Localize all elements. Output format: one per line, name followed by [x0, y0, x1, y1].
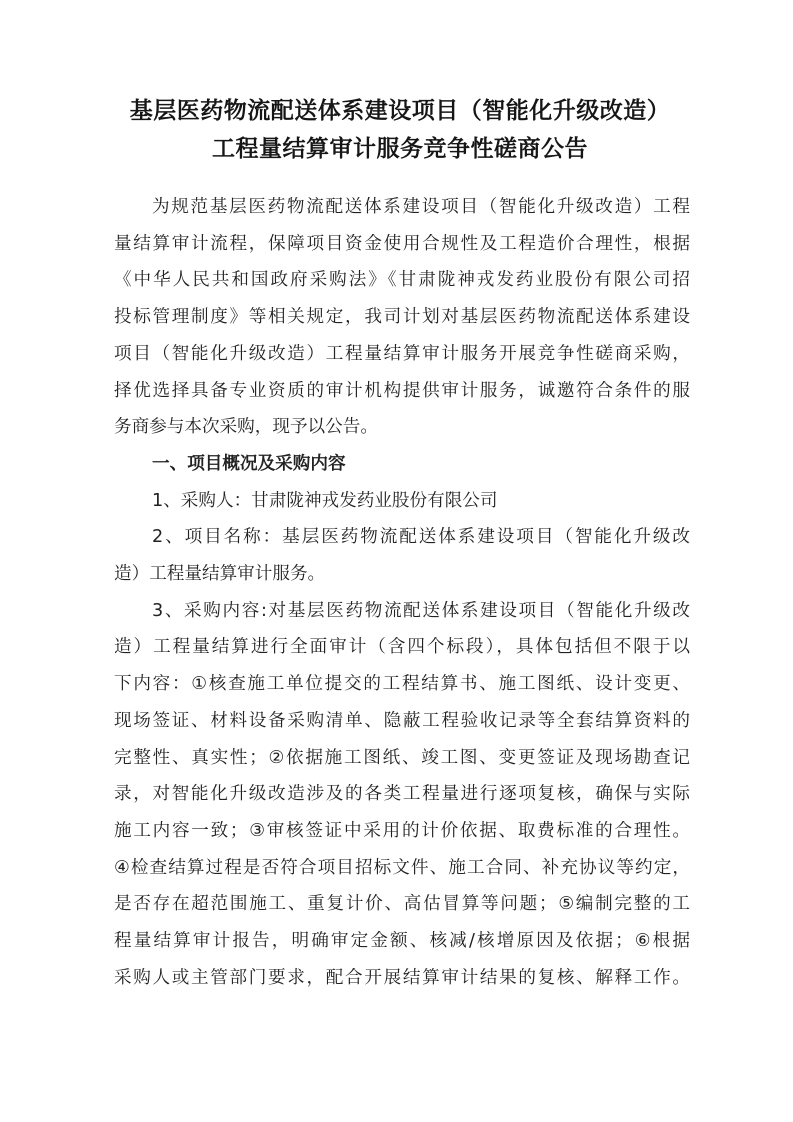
item-line: 录，对智能化升级改造涉及的各类工程量进行逐项复核，确保与实际 [114, 776, 690, 813]
item-line: ④检查结算过程是否符合项目招标文件、施工合同、补充协议等约定， [114, 850, 690, 887]
item-line: 下内容：①核查施工单位提交的工程结算书、施工图纸、设计变更、 [114, 666, 690, 703]
intro-line: 务商参与本次采购，现予以公告。 [114, 409, 690, 446]
intro-line: 《中华人民共和国政府采购法》《甘肃陇神戎发药业股份有限公司招 [114, 262, 690, 299]
intro-paragraph: 为规范基层医药物流配送体系建设项目（智能化升级改造）工程 量结算审计流程，保障项… [114, 189, 690, 446]
document-page: 基层医药物流配送体系建设项目（智能化升级改造） 工程量结算审计服务竞争性磋商公告… [0, 0, 793, 1122]
intro-line: 择优选择具备专业资质的审计机构提供审计服务，诚邀符合条件的服 [114, 373, 690, 410]
item-line: 造）工程量结算审计服务。 [114, 556, 690, 593]
section-1: 一、项目概况及采购内容 1、采购人：甘肃陇神戎发药业股份有限公司 2、项目名称：… [114, 446, 690, 997]
section-heading: 一、项目概况及采购内容 [114, 446, 690, 483]
intro-line: 量结算审计流程，保障项目资金使用合规性及工程造价合理性，根据 [114, 226, 690, 263]
item-project-name: 2、项目名称：基层医药物流配送体系建设项目（智能化升级改 造）工程量结算审计服务… [114, 519, 690, 592]
intro-line: 为规范基层医药物流配送体系建设项目（智能化升级改造）工程 [114, 189, 690, 226]
item-procurement-content: 3、采购内容:对基层医药物流配送体系建设项目（智能化升级改 造）工程量结算进行全… [114, 593, 690, 997]
item-purchaser: 1、采购人：甘肃陇神戎发药业股份有限公司 [114, 483, 690, 520]
intro-line: 投标管理制度》等相关规定，我司计划对基层医药物流配送体系建设 [114, 299, 690, 336]
item-line: 1、采购人：甘肃陇神戎发药业股份有限公司 [114, 483, 690, 520]
document-body: 为规范基层医药物流配送体系建设项目（智能化升级改造）工程 量结算审计流程，保障项… [114, 189, 690, 996]
item-line: 2、项目名称：基层医药物流配送体系建设项目（智能化升级改 [114, 519, 690, 556]
item-line: 程量结算审计报告，明确审定金额、核减/核增原因及依据；⑥根据 [114, 923, 690, 960]
item-line: 完整性、真实性；②依据施工图纸、竣工图、变更签证及现场勘查记 [114, 740, 690, 777]
intro-line: 项目（智能化升级改造）工程量结算审计服务开展竞争性磋商采购， [114, 336, 690, 373]
item-line: 造）工程量结算进行全面审计（含四个标段），具体包括但不限于以 [114, 629, 690, 666]
item-line: 采购人或主管部门要求，配合开展结算审计结果的复核、解释工作。 [114, 960, 690, 997]
document-title-line-1: 基层医药物流配送体系建设项目（智能化升级改造） [100, 92, 700, 130]
item-line: 施工内容一致；③审核签证中采用的计价依据、取费标准的合理性。 [114, 813, 690, 850]
item-line: 3、采购内容:对基层医药物流配送体系建设项目（智能化升级改 [114, 593, 690, 630]
document-title-line-2: 工程量结算审计服务竞争性磋商公告 [100, 130, 700, 168]
item-line: 现场签证、材料设备采购清单、隐蔽工程验收记录等全套结算资料的 [114, 703, 690, 740]
item-line: 是否存在超范围施工、重复计价、高估冒算等问题；⑤编制完整的工 [114, 886, 690, 923]
